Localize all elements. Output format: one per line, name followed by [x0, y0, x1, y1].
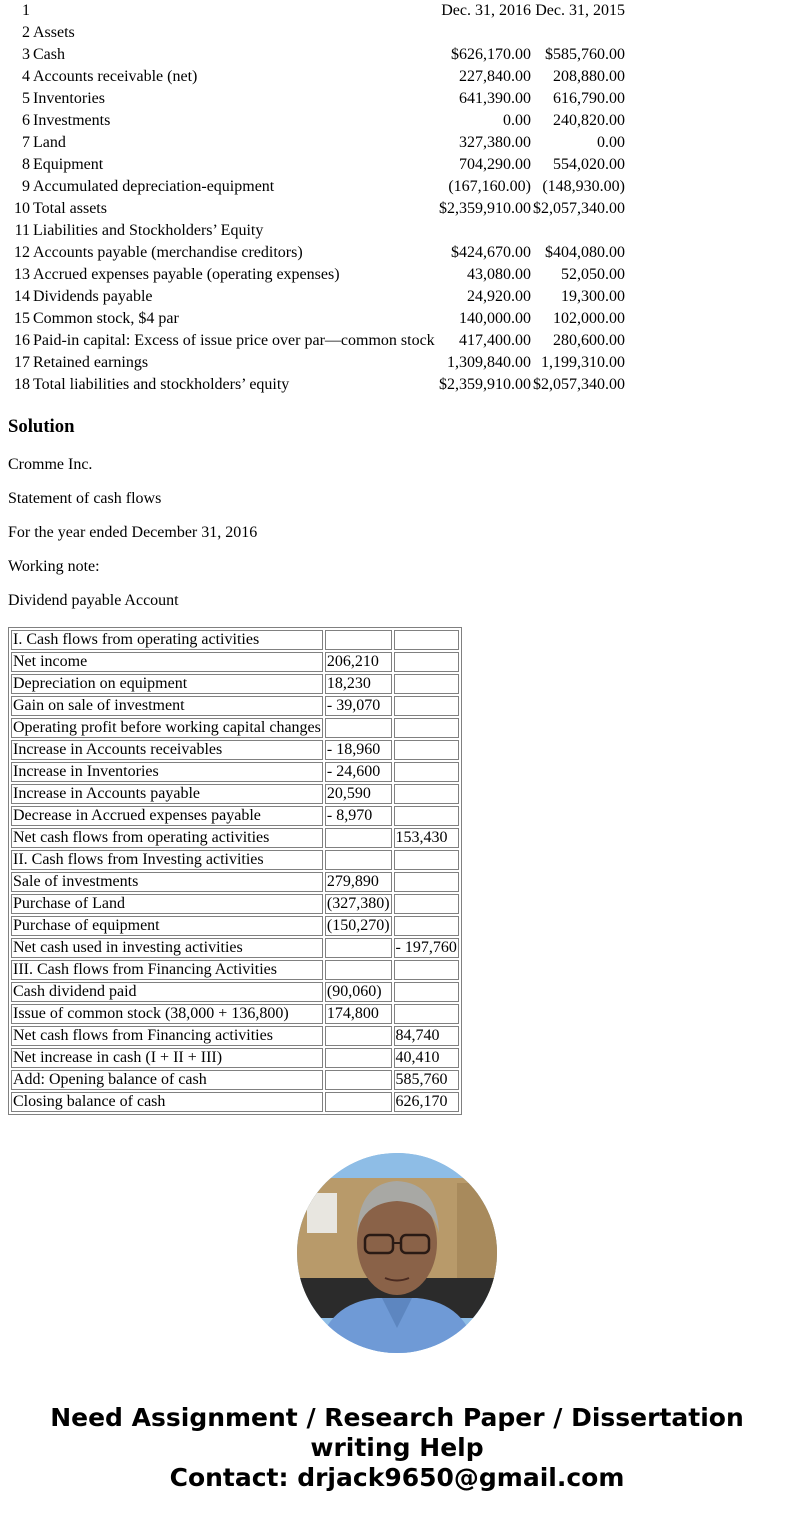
value-2015: 0.00	[533, 132, 625, 154]
balance-sheet-row: 4Accounts receivable (net)227,840.00208,…	[8, 66, 625, 88]
promo-banner: Need Assignment / Research Paper / Disse…	[0, 1403, 794, 1493]
cash-flow-total	[394, 652, 459, 672]
statement-period: For the year ended December 31, 2016	[8, 524, 257, 542]
row-label: Total liabilities and stockholders’ equi…	[32, 374, 435, 396]
cash-flow-total: - 197,760	[394, 938, 459, 958]
value-2015: 19,300.00	[533, 286, 625, 308]
cash-flow-total	[394, 718, 459, 738]
working-note-label: Working note:	[8, 558, 100, 576]
value-2015: 52,050.00	[533, 264, 625, 286]
cash-flow-row: Increase in Accounts receivables- 18,960	[11, 740, 459, 760]
solution-heading: Solution	[8, 416, 74, 438]
promo-contact: Contact: drjack9650@gmail.com	[0, 1463, 794, 1493]
cash-flow-item: Net cash used in investing activities	[11, 938, 323, 958]
cash-flow-row: Net cash flows from Financing activities…	[11, 1026, 459, 1046]
person-portrait-icon	[297, 1153, 497, 1353]
cash-flow-amount: 20,590	[325, 784, 392, 804]
balance-sheet-row: 11Liabilities and Stockholders’ Equity	[8, 220, 625, 242]
cash-flow-row: Purchase of equipment(150,270)	[11, 916, 459, 936]
value-2016: $2,359,910.00	[435, 198, 533, 220]
balance-sheet-row: 12Accounts payable (merchandise creditor…	[8, 242, 625, 264]
column-header-2016: Dec. 31, 2016	[435, 0, 533, 22]
value-2016: 1,309,840.00	[435, 352, 533, 374]
cash-flow-amount: 206,210	[325, 652, 392, 672]
row-number: 13	[8, 264, 32, 286]
value-2016: 417,400.00	[435, 330, 533, 352]
cash-flow-row: I. Cash flows from operating activities	[11, 630, 459, 650]
cash-flow-amount	[325, 1026, 392, 1046]
cash-flow-total	[394, 982, 459, 1002]
value-2015: 240,820.00	[533, 110, 625, 132]
cash-flow-amount: - 39,070	[325, 696, 392, 716]
row-label: Accrued expenses payable (operating expe…	[32, 264, 435, 286]
cash-flow-row: II. Cash flows from Investing activities	[11, 850, 459, 870]
cash-flow-amount	[325, 828, 392, 848]
row-label: Equipment	[32, 154, 435, 176]
value-2016: 641,390.00	[435, 88, 533, 110]
balance-sheet-row: 17Retained earnings1,309,840.001,199,310…	[8, 352, 625, 374]
statement-title: Statement of cash flows	[8, 490, 161, 508]
balance-sheet-row: 6Investments0.00240,820.00	[8, 110, 625, 132]
row-label: Liabilities and Stockholders’ Equity	[32, 220, 435, 242]
cash-flow-amount	[325, 718, 392, 738]
cash-flow-total	[394, 894, 459, 914]
company-name: Cromme Inc.	[8, 456, 92, 474]
row-number: 12	[8, 242, 32, 264]
row-label: Accumulated depreciation-equipment	[32, 176, 435, 198]
cash-flow-row: Decrease in Accrued expenses payable- 8,…	[11, 806, 459, 826]
cash-flow-total	[394, 696, 459, 716]
row-label: Paid-in capital: Excess of issue price o…	[32, 330, 435, 352]
cash-flow-item: Decrease in Accrued expenses payable	[11, 806, 323, 826]
cash-flow-total	[394, 674, 459, 694]
cash-flow-row: Depreciation on equipment18,230	[11, 674, 459, 694]
row-label: Cash	[32, 44, 435, 66]
cash-flow-amount: - 24,600	[325, 762, 392, 782]
column-header-2015: Dec. 31, 2015	[533, 0, 625, 22]
row-number: 14	[8, 286, 32, 308]
cash-flow-total: 585,760	[394, 1070, 459, 1090]
row-label: Inventories	[32, 88, 435, 110]
row-label: Investments	[32, 110, 435, 132]
cash-flow-item: Sale of investments	[11, 872, 323, 892]
row-number: 11	[8, 220, 32, 242]
value-2016: 704,290.00	[435, 154, 533, 176]
cash-flow-amount: 279,890	[325, 872, 392, 892]
balance-sheet-row: 2Assets	[8, 22, 625, 44]
row-label: Assets	[32, 22, 435, 44]
promo-line-2: writing Help	[0, 1433, 794, 1463]
cash-flow-total	[394, 850, 459, 870]
cash-flow-item: Operating profit before working capital …	[11, 718, 323, 738]
row-number: 7	[8, 132, 32, 154]
account-title: Dividend payable Account	[8, 592, 179, 610]
cash-flow-item: Gain on sale of investment	[11, 696, 323, 716]
cash-flow-row: Net increase in cash (I + II + III)40,41…	[11, 1048, 459, 1068]
balance-sheet-row: 10Total assets$2,359,910.00$2,057,340.00	[8, 198, 625, 220]
cash-flow-amount: 18,230	[325, 674, 392, 694]
value-2015	[533, 22, 625, 44]
cash-flow-total	[394, 1004, 459, 1024]
cash-flow-item: Net income	[11, 652, 323, 672]
balance-sheet-row: 16Paid-in capital: Excess of issue price…	[8, 330, 625, 352]
value-2016: $424,670.00	[435, 242, 533, 264]
cash-flow-row: Increase in Accounts payable20,590	[11, 784, 459, 804]
row-label: Accounts payable (merchandise creditors)	[32, 242, 435, 264]
cash-flow-total	[394, 630, 459, 650]
cash-flow-amount: - 8,970	[325, 806, 392, 826]
cash-flow-total	[394, 784, 459, 804]
balance-sheet-row: 7Land327,380.000.00	[8, 132, 625, 154]
cash-flow-amount	[325, 850, 392, 870]
row-label: Retained earnings	[32, 352, 435, 374]
cash-flow-amount: (327,380)	[325, 894, 392, 914]
row-number: 8	[8, 154, 32, 176]
cash-flow-item: Net increase in cash (I + II + III)	[11, 1048, 323, 1068]
cash-flow-total: 40,410	[394, 1048, 459, 1068]
row-number: 17	[8, 352, 32, 374]
value-2015: 1,199,310.00	[533, 352, 625, 374]
value-2015: 280,600.00	[533, 330, 625, 352]
row-label: Land	[32, 132, 435, 154]
cash-flow-amount	[325, 960, 392, 980]
balance-sheet-row: 18Total liabilities and stockholders’ eq…	[8, 374, 625, 396]
cash-flow-total	[394, 740, 459, 760]
cash-flow-item: Increase in Accounts receivables	[11, 740, 323, 760]
row-label: Total assets	[32, 198, 435, 220]
balance-sheet-row: 14Dividends payable24,920.0019,300.00	[8, 286, 625, 308]
cash-flow-row: Increase in Inventories- 24,600	[11, 762, 459, 782]
row-label	[32, 0, 435, 22]
author-avatar	[297, 1153, 497, 1353]
value-2015: 102,000.00	[533, 308, 625, 330]
value-2015	[533, 220, 625, 242]
row-label: Dividends payable	[32, 286, 435, 308]
value-2015: 616,790.00	[533, 88, 625, 110]
cash-flow-total	[394, 872, 459, 892]
cash-flow-row: Net cash flows from operating activities…	[11, 828, 459, 848]
row-label: Accounts receivable (net)	[32, 66, 435, 88]
cash-flow-amount	[325, 1070, 392, 1090]
cash-flow-total	[394, 916, 459, 936]
cash-flow-row: Closing balance of cash626,170	[11, 1092, 459, 1112]
cash-flow-item: Increase in Accounts payable	[11, 784, 323, 804]
cash-flow-item: Net cash flows from Financing activities	[11, 1026, 323, 1046]
value-2015: $2,057,340.00	[533, 198, 625, 220]
balance-sheet-row: 5Inventories641,390.00616,790.00	[8, 88, 625, 110]
balance-sheet-row: 3Cash$626,170.00$585,760.00	[8, 44, 625, 66]
row-number: 15	[8, 308, 32, 330]
cash-flow-amount: 174,800	[325, 1004, 392, 1024]
value-2015: 554,020.00	[533, 154, 625, 176]
balance-sheet-row: 13Accrued expenses payable (operating ex…	[8, 264, 625, 286]
value-2016	[435, 22, 533, 44]
value-2015: (148,930.00)	[533, 176, 625, 198]
row-number: 10	[8, 198, 32, 220]
cash-flow-total: 153,430	[394, 828, 459, 848]
cash-flow-row: Cash dividend paid(90,060)	[11, 982, 459, 1002]
row-number: 4	[8, 66, 32, 88]
cash-flow-item: Closing balance of cash	[11, 1092, 323, 1112]
value-2016: $626,170.00	[435, 44, 533, 66]
cash-flow-row: Sale of investments279,890	[11, 872, 459, 892]
row-number: 6	[8, 110, 32, 132]
cash-flow-row: Net income206,210	[11, 652, 459, 672]
balance-sheet-row: 15Common stock, $4 par140,000.00102,000.…	[8, 308, 625, 330]
value-2016: 140,000.00	[435, 308, 533, 330]
cash-flow-amount	[325, 1092, 392, 1112]
value-2015: 208,880.00	[533, 66, 625, 88]
value-2016: $2,359,910.00	[435, 374, 533, 396]
cash-flow-item: Net cash flows from operating activities	[11, 828, 323, 848]
cash-flow-total	[394, 806, 459, 826]
cash-flow-item: Cash dividend paid	[11, 982, 323, 1002]
cash-flow-amount: (150,270)	[325, 916, 392, 936]
row-number: 2	[8, 22, 32, 44]
value-2015: $404,080.00	[533, 242, 625, 264]
balance-sheet-row: 8Equipment704,290.00554,020.00	[8, 154, 625, 176]
row-label: Common stock, $4 par	[32, 308, 435, 330]
value-2016: 24,920.00	[435, 286, 533, 308]
cash-flow-item: Issue of common stock (38,000 + 136,800)	[11, 1004, 323, 1024]
cash-flow-amount	[325, 1048, 392, 1068]
cash-flow-item: III. Cash flows from Financing Activitie…	[11, 960, 323, 980]
cash-flow-total: 626,170	[394, 1092, 459, 1112]
row-number: 3	[8, 44, 32, 66]
cash-flow-table: I. Cash flows from operating activitiesN…	[8, 627, 462, 1115]
cash-flow-amount	[325, 630, 392, 650]
cash-flow-amount	[325, 938, 392, 958]
cash-flow-row: III. Cash flows from Financing Activitie…	[11, 960, 459, 980]
cash-flow-amount: (90,060)	[325, 982, 392, 1002]
balance-sheet-table: 1 Dec. 31, 2016 Dec. 31, 2015 2Assets3Ca…	[8, 0, 625, 396]
cash-flow-item: II. Cash flows from Investing activities	[11, 850, 323, 870]
value-2016: 0.00	[435, 110, 533, 132]
cash-flow-item: Purchase of equipment	[11, 916, 323, 936]
value-2016: 327,380.00	[435, 132, 533, 154]
cash-flow-row: Add: Opening balance of cash585,760	[11, 1070, 459, 1090]
row-number: 1	[8, 0, 32, 22]
row-number: 16	[8, 330, 32, 352]
cash-flow-total	[394, 762, 459, 782]
value-2016: (167,160.00)	[435, 176, 533, 198]
row-number: 9	[8, 176, 32, 198]
cash-flow-row: Purchase of Land(327,380)	[11, 894, 459, 914]
promo-line-1: Need Assignment / Research Paper / Disse…	[0, 1403, 794, 1433]
value-2016: 43,080.00	[435, 264, 533, 286]
cash-flow-total	[394, 960, 459, 980]
cash-flow-item: I. Cash flows from operating activities	[11, 630, 323, 650]
balance-sheet-header-row: 1 Dec. 31, 2016 Dec. 31, 2015	[8, 0, 625, 22]
cash-flow-total: 84,740	[394, 1026, 459, 1046]
row-number: 18	[8, 374, 32, 396]
value-2015: $2,057,340.00	[533, 374, 625, 396]
cash-flow-row: Operating profit before working capital …	[11, 718, 459, 738]
cash-flow-item: Depreciation on equipment	[11, 674, 323, 694]
balance-sheet-row: 9Accumulated depreciation-equipment(167,…	[8, 176, 625, 198]
row-number: 5	[8, 88, 32, 110]
value-2016: 227,840.00	[435, 66, 533, 88]
cash-flow-item: Increase in Inventories	[11, 762, 323, 782]
cash-flow-item: Purchase of Land	[11, 894, 323, 914]
cash-flow-item: Add: Opening balance of cash	[11, 1070, 323, 1090]
cash-flow-row: Issue of common stock (38,000 + 136,800)…	[11, 1004, 459, 1024]
value-2016	[435, 220, 533, 242]
cash-flow-amount: - 18,960	[325, 740, 392, 760]
cash-flow-row: Gain on sale of investment- 39,070	[11, 696, 459, 716]
cash-flow-row: Net cash used in investing activities- 1…	[11, 938, 459, 958]
value-2015: $585,760.00	[533, 44, 625, 66]
